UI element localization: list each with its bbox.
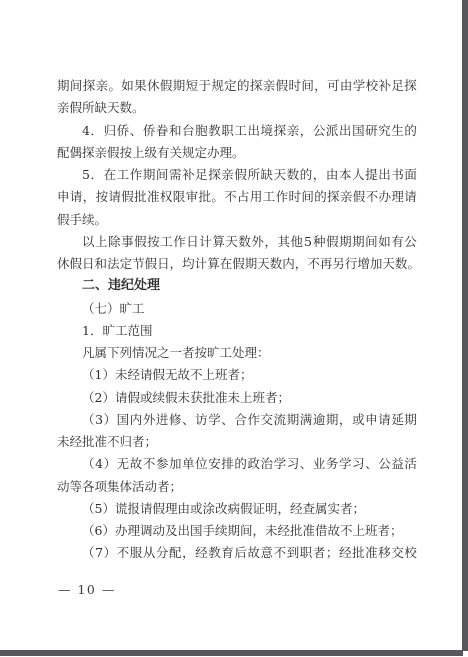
body-text: 期间探亲。如果休假期短于规定的探亲假时间，可由学校补足探亲假所缺天数。4．归侨、…: [57, 75, 417, 565]
text-line: 期间探亲。如果休假期短于规定的探亲假时间，可由学校补足探: [57, 75, 417, 97]
text-line: 亲假所缺天数。: [57, 97, 417, 119]
document-page: 期间探亲。如果休假期短于规定的探亲假时间，可由学校补足探亲假所缺天数。4．归侨、…: [0, 0, 468, 657]
text-line: 申请，按请假批准权限审批。不占用工作时间的探亲假不办理请: [57, 186, 417, 208]
scan-shadow-right: [462, 0, 468, 651]
text-line: （4）无故不参加单位安排的政治学习、业务学习、公益活: [57, 453, 417, 475]
text-line: 动等各项集体活动者；: [57, 476, 417, 498]
text-line: 未经批准不归者；: [57, 431, 417, 453]
text-line: 休假日和法定节假日，均计算在假期天数内，不再另行增加天数。: [57, 253, 417, 275]
text-line: （1）未经请假无故不上班者；: [57, 364, 417, 386]
text-line: 5．在工作期间需补足探亲假所缺天数的，由本人提出书面: [57, 164, 417, 186]
text-line: 4．归侨、侨眷和台胞教职工出境探亲，公派出国研究生的: [57, 120, 417, 142]
text-line: 配偶探亲假按上级有关规定办理。: [57, 142, 417, 164]
page-number: — 10 —: [58, 582, 116, 597]
text-line: （七）旷工: [57, 298, 417, 320]
text-line: （5）谎报请假理由或涂改病假证明，经查属实者；: [57, 498, 417, 520]
text-line: 凡属下列情况之一者按旷工处理：: [57, 342, 417, 364]
text-line: （3）国内外进修、访学、合作交流期满逾期，或申请延期: [57, 409, 417, 431]
text-line: （2）请假或续假未获批准未上班者；: [57, 387, 417, 409]
text-line: （6）办理调动及出国手续期间，未经批准借故不上班者；: [57, 520, 417, 542]
scan-shadow-bottom: [0, 650, 463, 656]
text-line: 以上除事假按工作日计算天数外，其他 5 种假期期间如有公: [57, 231, 417, 253]
text-line: 二、违纪处理: [57, 275, 417, 297]
text-line: 假手续。: [57, 209, 417, 231]
text-line: （7）不服从分配，经教育后故意不到职者；经批准移交校: [57, 542, 417, 564]
text-line: 1．旷工范围: [57, 320, 417, 342]
